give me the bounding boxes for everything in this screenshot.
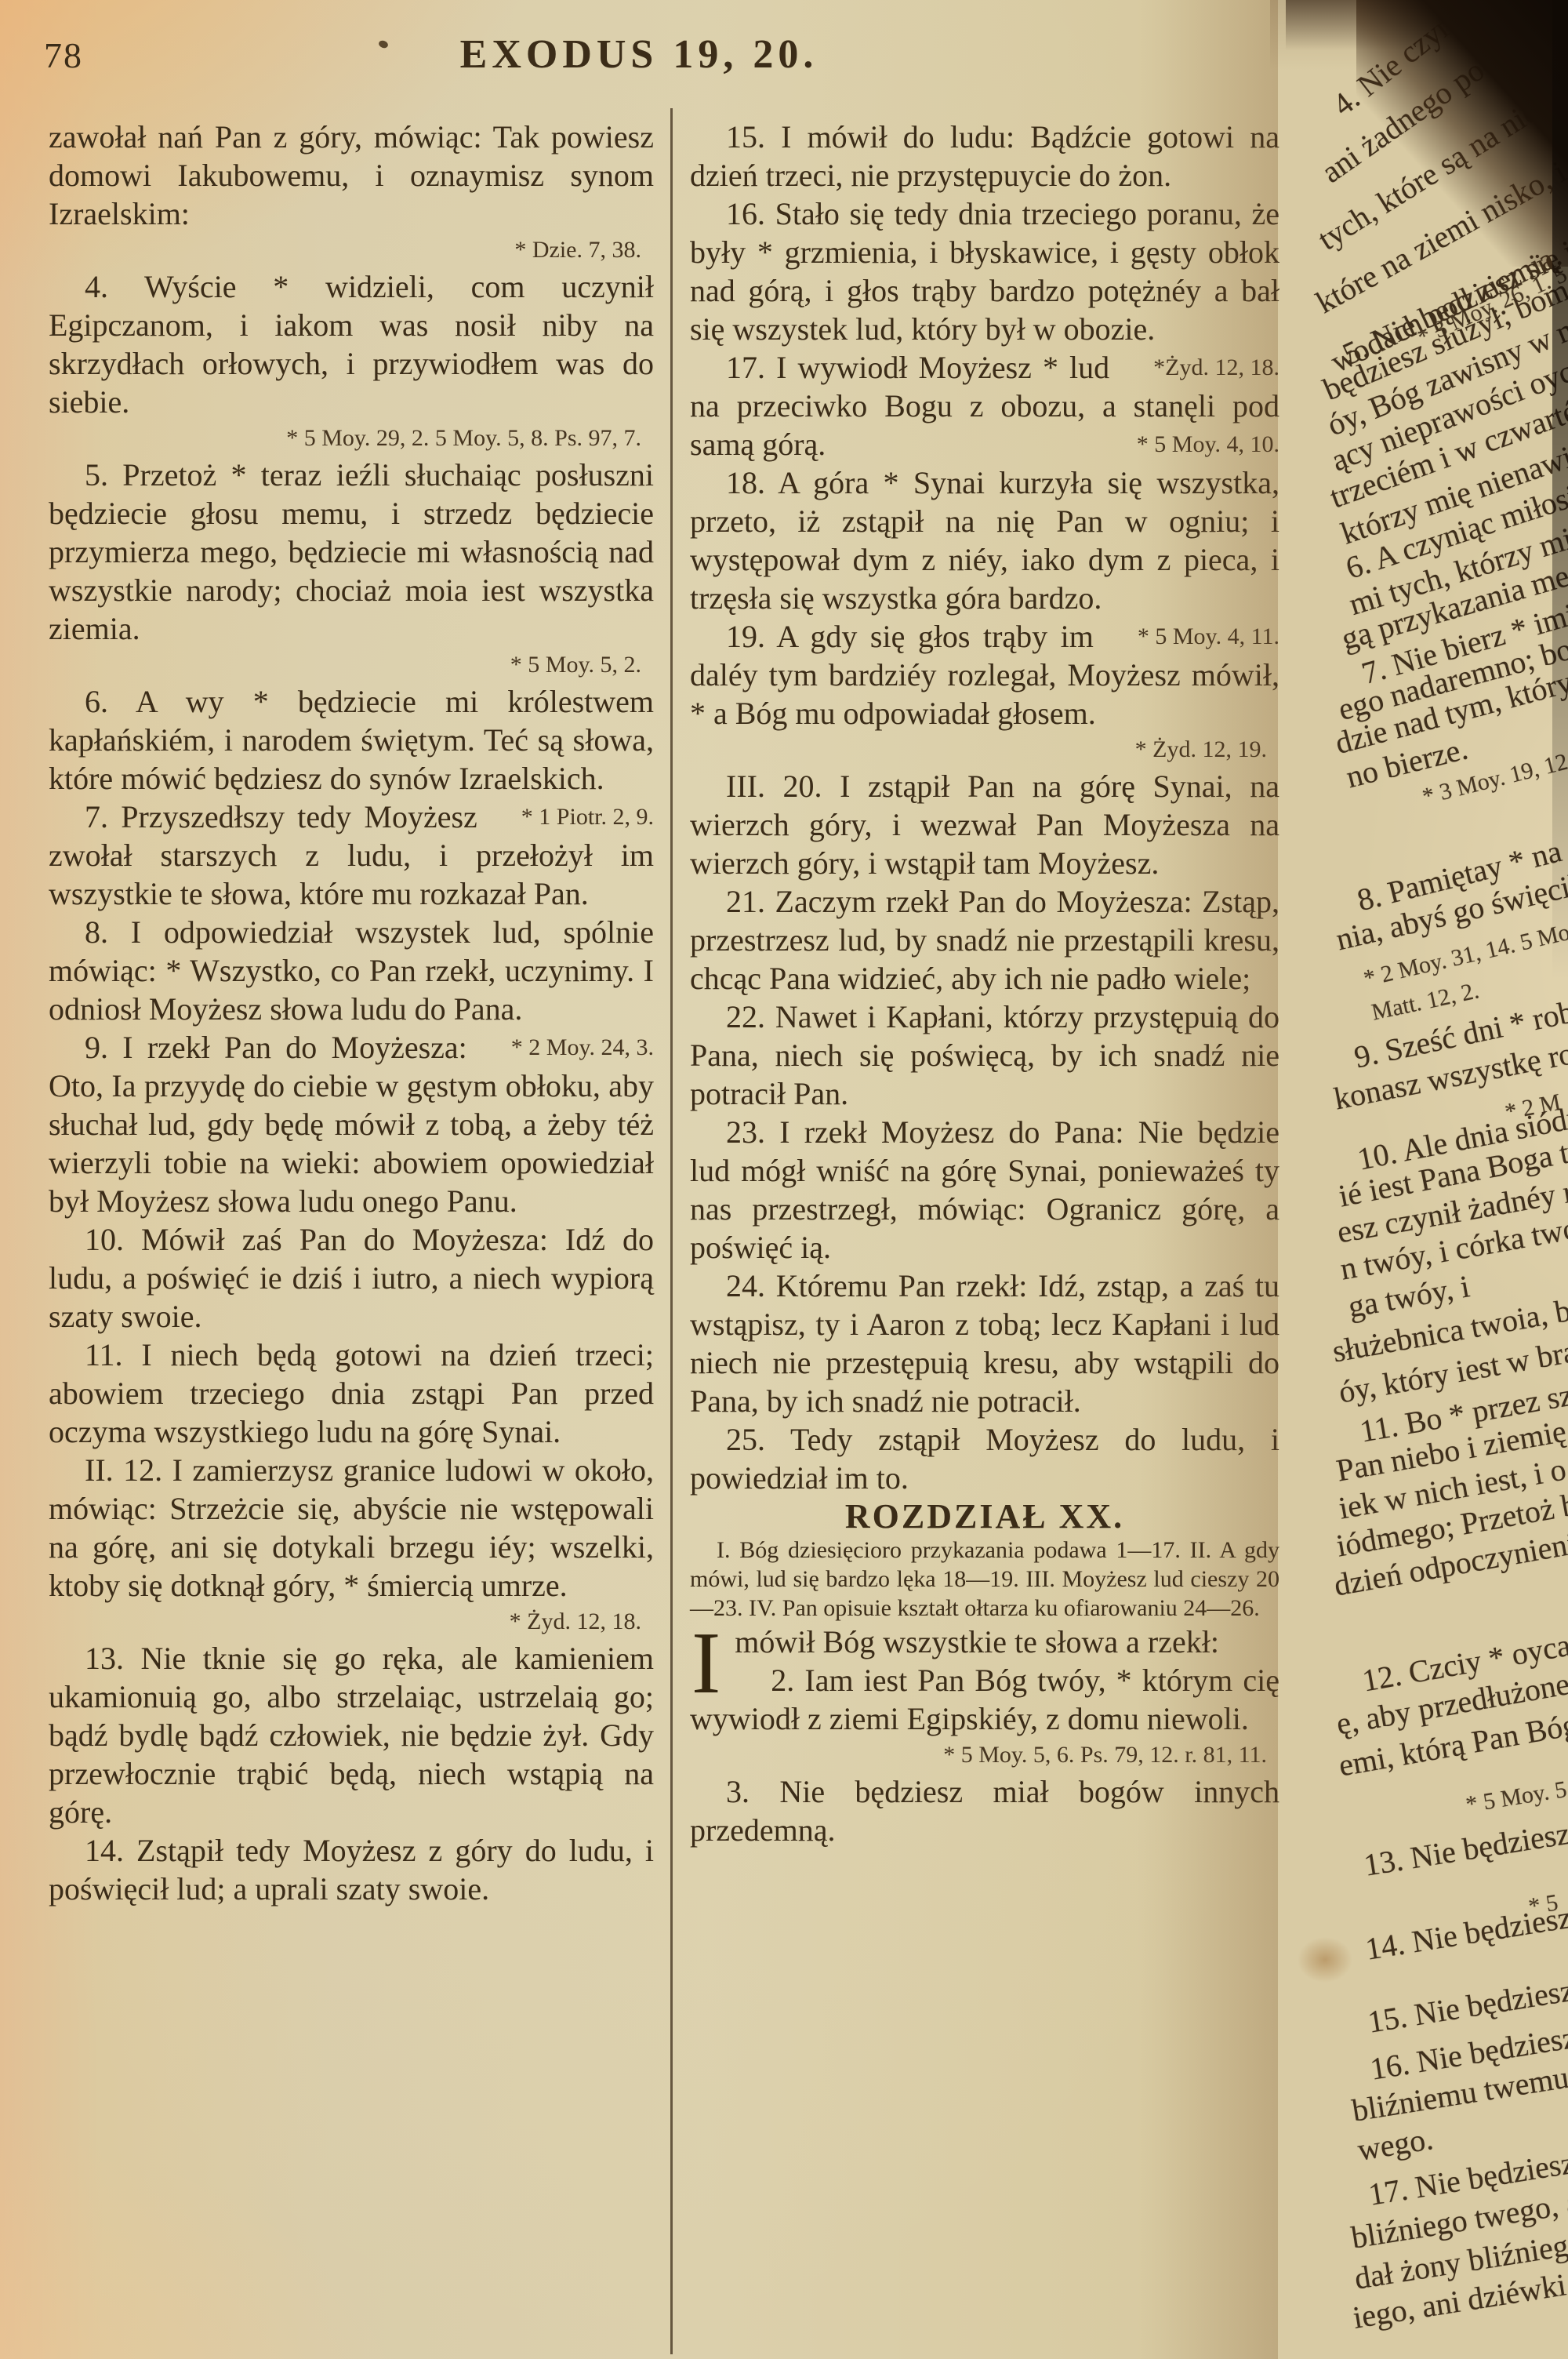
cross-reference: * 5 Moy. 4, 10. (1093, 425, 1279, 463)
cross-reference: * Żyd. 12, 18. (49, 1605, 654, 1639)
book-photo: 78 EXODUS 19, 20. zawołał nań Pan z góry… (0, 0, 1568, 2359)
verse-paragraph: 3. Nie będziesz miał bogów innych przede… (690, 1772, 1279, 1849)
verse-paragraph: 6. A wy * będziecie mi królestwem kapłań… (49, 682, 654, 798)
cross-reference: * 5 Moy. 5, 2. (49, 648, 654, 682)
verse-paragraph: 24. Któremu Pan rzekł: Idź, zstąp, a zaś… (690, 1267, 1279, 1420)
opening-verse: Imówił Bóg wszystkie te słowa a rzekł: (690, 1623, 1279, 1661)
verse-paragraph: 19. A gdy się głos trąby im daléy tym ba… (690, 617, 1279, 732)
verse-paragraph: 25. Tedy zstąpił Moyżesz do ludu, i powi… (690, 1420, 1279, 1497)
verse-paragraph: 10. Mówił zaś Pan do Moyżesza: Idź do lu… (49, 1220, 654, 1336)
verse-paragraph: II. 12. I zamierzysz granice ludowi w ok… (49, 1451, 654, 1605)
foxing-stain (1298, 1937, 1352, 1983)
next-page-edge: 4. Nie czyń * sobie obani żadnego podobi… (1270, 0, 1568, 2359)
chapter-heading: ROZDZIAŁ XX. (690, 1497, 1279, 1536)
verse-paragraph: 23. I rzekł Moyżesz do Pana: Nie będzie … (690, 1113, 1279, 1267)
verse-paragraph: 21. Zaczym rzekł Pan do Moyżesza: Zstąp,… (690, 882, 1279, 998)
verse-paragraph: 4. Wyście * widzieli, com uczynił Egipcz… (49, 267, 654, 421)
verse-paragraph: 13. Nie tknie się go ręka, ale kamieniem… (49, 1639, 654, 1831)
verse-paragraph: 15. I mówił do ludu: Bądźcie gotowi na d… (690, 118, 1279, 194)
verse-paragraph: 2. Iam iest Pan Bóg twóy, * którym cię w… (690, 1661, 1279, 1738)
verse-paragraph: III. 20. I zstąpił Pan na górę Synai, na… (690, 767, 1279, 882)
verse-paragraph: 14. Zstąpił tedy Moyżesz z góry do ludu,… (49, 1831, 654, 1908)
cross-reference: * 5 Moy. 4, 11. (1094, 617, 1279, 656)
cross-reference: *Żyd. 12, 18. (1109, 348, 1279, 387)
next-page-line: 14. Nie będziesz * (1363, 1895, 1568, 1968)
left-column: zawołał nań Pan z góry, mówiąc: Tak powi… (49, 118, 654, 1908)
left-page: 78 EXODUS 19, 20. zawołał nań Pan z góry… (0, 0, 1278, 2359)
verse-paragraph: 8. I odpowiedział wszystek lud, spólnie … (49, 913, 654, 1028)
cross-reference: * 1 Piotr. 2, 9. (477, 798, 654, 836)
next-page-text: 4. Nie czyń * sobie obani żadnego podobi… (1270, 0, 1568, 2359)
running-header: EXODUS 19, 20. (0, 31, 1278, 78)
cross-reference: * Żyd. 12, 19. (690, 732, 1279, 767)
right-column: 15. I mówił do ludu: Bądźcie gotowi na d… (690, 118, 1279, 1849)
cross-reference: * 5 Moy. 29, 2. 5 Moy. 5, 8. Ps. 97, 7. (49, 421, 654, 456)
drop-cap: I (690, 1623, 735, 1698)
verse-paragraph: zawołał nań Pan z góry, mówiąc: Tak powi… (49, 118, 654, 233)
verse-paragraph: 11. I niech będą gotowi na dzień trzeci;… (49, 1336, 654, 1451)
cross-reference: * 5 Moy. 5, 6. Ps. 79, 12. r. 81, 11. (690, 1738, 1279, 1772)
verse-paragraph: 17. I wywiodł Moyżesz * lud na przeciwko… (690, 348, 1279, 463)
cross-reference: * 2 Moy. 24, 3. (467, 1028, 654, 1067)
cross-reference: * Dzie. 7, 38. (49, 233, 654, 267)
next-page-line: 13. Nie będziesz * (1361, 1811, 1568, 1884)
corner-shadow (1356, 0, 1568, 267)
column-divider (670, 108, 673, 2354)
next-page-line: wego. (1355, 2120, 1436, 2168)
verse-paragraph: 16. Stało się tedy dnia trzeciego poranu… (690, 194, 1279, 348)
chapter-summary: I. Bóg dziesięcioro przykazania podawa 1… (690, 1536, 1279, 1623)
verse-paragraph: 22. Nawet i Kapłani, którzy przystępuią … (690, 998, 1279, 1113)
verse-paragraph: 5. Przetoż * teraz ieźli słuchaiąc posłu… (49, 456, 654, 648)
verse-paragraph: 18. A góra * Synai kurzyła się wszystka,… (690, 463, 1279, 617)
next-page-line: * 5 Moy. 5, (1464, 1776, 1568, 1819)
right-edge-shadow (1552, 0, 1568, 980)
